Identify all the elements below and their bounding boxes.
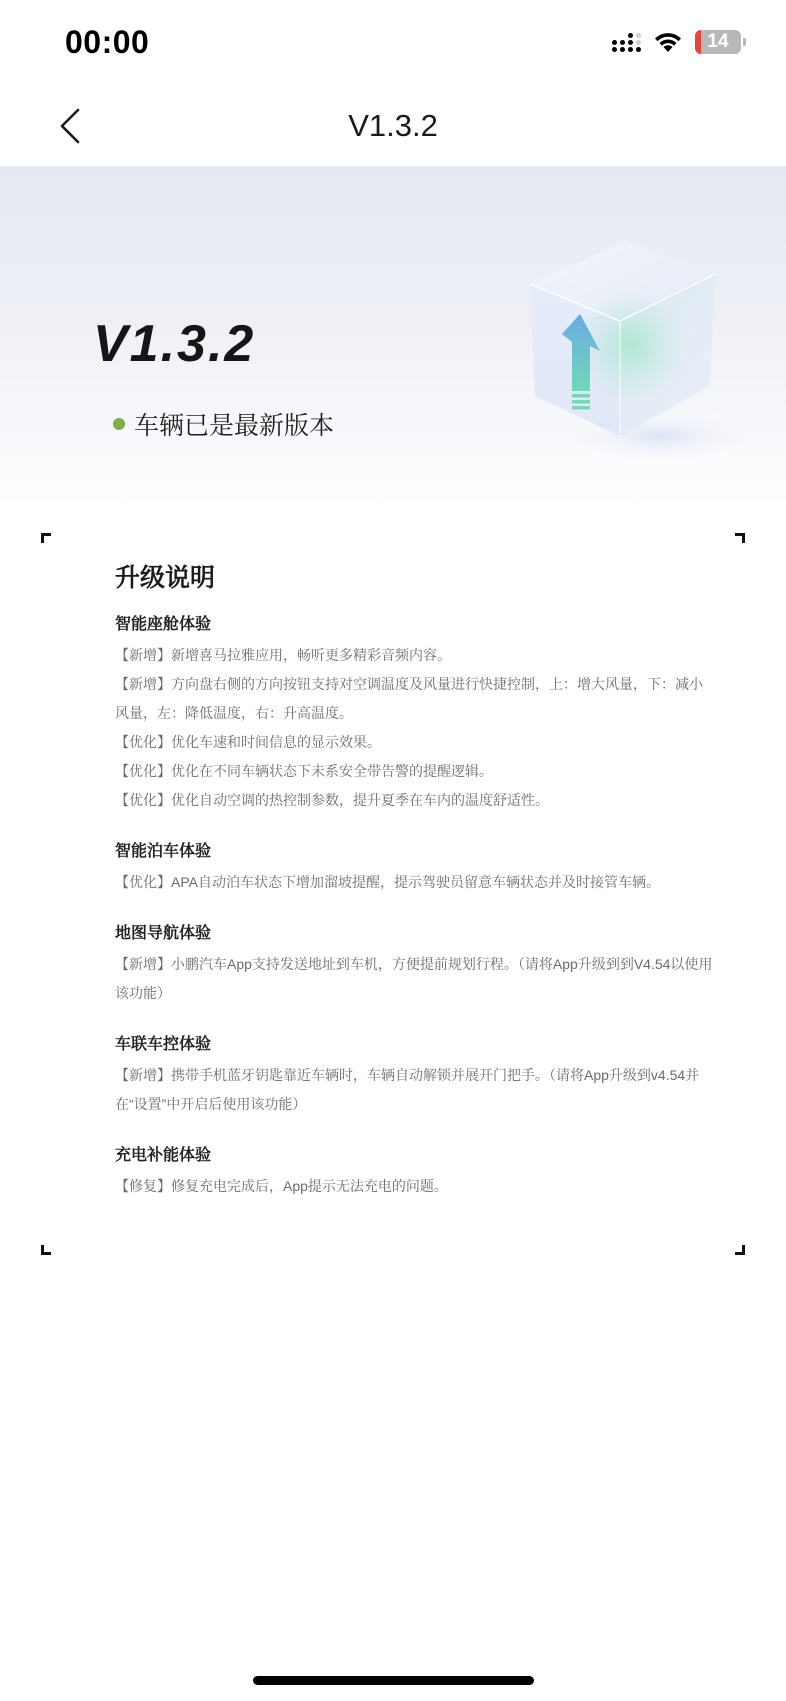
chevron-left-icon [58,106,82,146]
cellular-signal-icon [612,33,641,52]
corner-bracket [41,1245,51,1255]
list-item: 【修复】修复充电完成后，App提示无法充电的问题。 [115,1172,715,1201]
page-title: V1.3.2 [348,108,438,144]
corner-bracket [735,533,745,543]
section-cockpit: 智能座舱体验 【新增】新增喜马拉雅应用，畅听更多精彩音频内容。 【新增】方向盘右… [115,612,715,815]
section-vehicle-control: 车联车控体验 【新增】携带手机蓝牙钥匙靠近车辆时，车辆自动解锁并展开门把手。（请… [115,1032,715,1119]
section-title: 充电补能体验 [115,1143,715,1169]
status-icons: 14 [612,30,746,54]
section-title: 地图导航体验 [115,921,715,947]
release-notes-content: 升级说明 智能座舱体验 【新增】新增喜马拉雅应用，畅听更多精彩音频内容。 【新增… [115,558,715,1225]
release-notes-card: 升级说明 智能座舱体验 【新增】新增喜马拉雅应用，畅听更多精彩音频内容。 【新增… [41,533,745,1255]
release-notes-title: 升级说明 [115,558,715,594]
version-hero: V1.3.2 车辆已是最新版本 [0,166,786,506]
list-item: 【新增】携带手机蓝牙钥匙靠近车辆时，车辆自动解锁并展开门把手。（请将App升级到… [115,1061,715,1119]
corner-bracket [735,1245,745,1255]
battery-level: 14 [707,31,728,53]
list-item: 【优化】APA自动泊车状态下增加溜坡提醒，提示驾驶员留意车辆状态并及时接管车辆。 [115,868,715,897]
section-title: 智能泊车体验 [115,839,715,865]
home-indicator[interactable] [253,1676,534,1685]
nav-bar: V1.3.2 [0,86,786,166]
list-item: 【新增】方向盘右侧的方向按钮支持对空调温度及风量进行快捷控制，上：增大风量，下：… [115,670,715,728]
section-navigation: 地图导航体验 【新增】小鹏汽车App支持发送地址到车机，方便提前规划行程。（请将… [115,921,715,1008]
wifi-icon [653,31,683,53]
battery-cap [743,38,746,46]
list-item: 【新增】小鹏汽车App支持发送地址到车机，方便提前规划行程。（请将App升级到到… [115,950,715,1008]
status-time: 00:00 [65,24,149,61]
section-charging: 充电补能体验 【修复】修复充电完成后，App提示无法充电的问题。 [115,1143,715,1201]
section-title: 车联车控体验 [115,1032,715,1058]
status-dot-icon [113,418,125,430]
section-title: 智能座舱体验 [115,612,715,638]
section-parking: 智能泊车体验 【优化】APA自动泊车状态下增加溜坡提醒，提示驾驶员留意车辆状态并… [115,839,715,897]
list-item: 【优化】优化车速和时间信息的显示效果。 [115,728,715,757]
list-item: 【新增】新增喜马拉雅应用，畅听更多精彩音频内容。 [115,641,715,670]
update-status-text: 车辆已是最新版本 [134,406,334,442]
back-button[interactable] [50,102,90,150]
corner-bracket [41,533,51,543]
list-item: 【优化】优化自动空调的热控制参数，提升夏季在车内的温度舒适性。 [115,786,715,815]
update-status: 车辆已是最新版本 [113,406,334,442]
upgrade-cube-icon [520,226,760,466]
list-item: 【优化】优化在不同车辆状态下未系安全带告警的提醒逻辑。 [115,757,715,786]
status-bar: 00:00 14 [0,0,786,86]
current-version: V1.3.2 [93,314,255,374]
battery-icon: 14 [695,30,741,54]
